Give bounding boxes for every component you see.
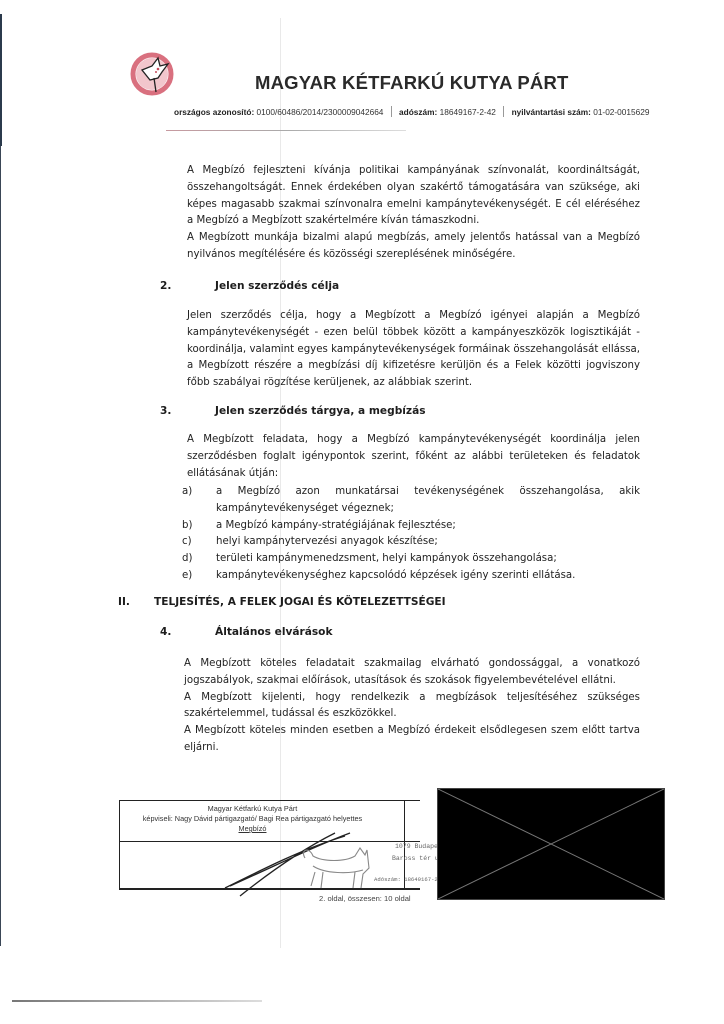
- list-text: a Megbízó kampány-stratégiájának fejlesz…: [216, 518, 640, 535]
- section-4-text: A Megbízott köteles feladatait szakmaila…: [184, 656, 640, 757]
- list-marker: b): [182, 518, 216, 535]
- registry-number-label: nyilvántartási szám:: [512, 107, 591, 117]
- section-title: Jelen szerződés tárgya, a megbízás: [215, 405, 426, 417]
- intro-paragraph: A Megbízott munkája bizalmi alapú megbíz…: [187, 230, 640, 264]
- section-number: 3.: [160, 405, 215, 417]
- section-4-paragraph: A Megbízott kijelenti, hogy rendelkezik …: [184, 690, 640, 724]
- section-3-paragraph: A Megbízott feladata, hogy a Megbízó kam…: [187, 432, 640, 482]
- intro-text: A Megbízó fejleszteni kívánja politikai …: [187, 163, 640, 264]
- list-marker: d): [182, 551, 216, 568]
- page-bottom-shadow: [12, 1000, 262, 1002]
- national-id-value: 0100/60486/2014/2300009042664: [257, 107, 384, 117]
- header-rule: [166, 130, 406, 131]
- dog-stamp-icon: [304, 848, 369, 888]
- party-name: MAGYAR KÉTFARKÚ KUTYA PÁRT: [255, 72, 569, 94]
- section-number: 2.: [160, 280, 215, 292]
- registration-ids: országos azonosító: 0100/60486/2014/2300…: [174, 106, 650, 117]
- signatory-org: Magyar Kétfarkú Kutya Párt: [120, 804, 385, 814]
- list-marker: e): [182, 568, 216, 585]
- intro-paragraph: A Megbízó fejleszteni kívánja politikai …: [187, 163, 640, 230]
- list-text: területi kampánymenedzsment, helyi kampá…: [216, 551, 640, 568]
- list-text: kampánytevékenységhez kapcsolódó képzése…: [216, 568, 640, 585]
- section-4-paragraph: A Megbízott köteles minden esetben a Meg…: [184, 723, 640, 757]
- chapter-number: II.: [118, 596, 154, 608]
- list-text: a Megbízó azon munkatársai tevékenységén…: [216, 484, 640, 518]
- section-title: Általános elvárások: [215, 626, 333, 638]
- section-4-paragraph: A Megbízott köteles feladatait szakmaila…: [184, 656, 640, 690]
- list-item: c)helyi kampánytervezési anyagok készíté…: [182, 534, 640, 551]
- list-item: d)területi kampánymenedzsment, helyi kam…: [182, 551, 640, 568]
- two-tailed-dog-logo-icon: [130, 52, 174, 96]
- list-item: e)kampánytevékenységhez kapcsolódó képzé…: [182, 568, 640, 585]
- section-3-text: A Megbízott feladata, hogy a Megbízó kam…: [187, 432, 640, 482]
- page-edge: [0, 146, 1, 946]
- tax-number-label: adószám:: [399, 107, 437, 117]
- section-2-paragraph: Jelen szerződés célja, hogy a Megbízott …: [187, 308, 640, 392]
- page-edge: [0, 14, 2, 146]
- redacted-box-icon: [437, 788, 665, 900]
- list-item: b)a Megbízó kampány-stratégiájának fejle…: [182, 518, 640, 535]
- registry-number-value: 01-02-0015629: [593, 107, 649, 117]
- list-item: a)a Megbízó azon munkatársai tevékenység…: [182, 484, 640, 518]
- separator: [503, 106, 504, 117]
- list-text: helyi kampánytervezési anyagok készítése…: [216, 534, 640, 551]
- chapter-title: TELJESÍTÉS, A FELEK JOGAI ÉS KÖTELEZETTS…: [154, 596, 446, 608]
- tax-number-value: 18649167-2-42: [440, 107, 496, 117]
- chapter-2-heading: II.TELJESÍTÉS, A FELEK JOGAI ÉS KÖTELEZE…: [118, 596, 446, 608]
- signatory-representatives: képviseli: Nagy Dávid pártigazgató/ Bagi…: [120, 814, 385, 824]
- handwritten-signature-icon: [205, 828, 425, 898]
- section-4-heading: 4.Általános elvárások: [160, 626, 333, 638]
- national-id-label: országos azonosító:: [174, 107, 254, 117]
- section-number: 4.: [160, 626, 215, 638]
- section-2-text: Jelen szerződés célja, hogy a Megbízott …: [187, 308, 640, 392]
- list-marker: c): [182, 534, 216, 551]
- section-2-heading: 2.Jelen szerződés célja: [160, 280, 339, 292]
- section-3-heading: 3.Jelen szerződés tárgya, a megbízás: [160, 405, 426, 417]
- separator: [391, 106, 392, 117]
- page-number: 2. oldal, összesen: 10 oldal: [319, 894, 411, 903]
- task-list: a)a Megbízó azon munkatársai tevékenység…: [182, 484, 640, 585]
- section-title: Jelen szerződés célja: [215, 280, 339, 292]
- list-marker: a): [182, 484, 216, 518]
